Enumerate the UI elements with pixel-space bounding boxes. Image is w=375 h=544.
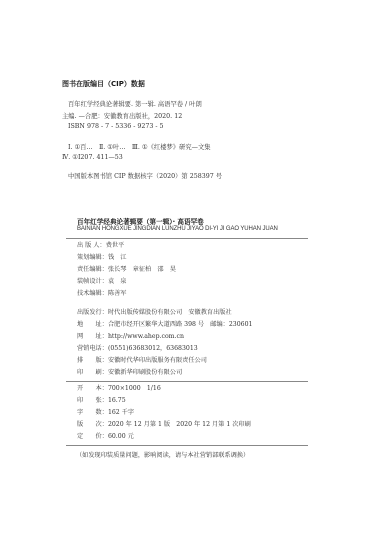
cip-line: 中国版本图书馆 CIP 数据核字（2020）第 258397 号 (68, 171, 222, 180)
info-label: 网 址： (77, 334, 108, 340)
pub-printing: 印 刷：安徽新华印刷股份有限公司 (77, 370, 182, 376)
book-title: 百年红学经典论著辑要（第一辑）· 高语罕卷 (77, 216, 204, 226)
cip-line: ISBN 978 - 7 - 5336 - 9273 - 5 (68, 123, 164, 130)
info-label: 策划编辑： (77, 255, 108, 261)
info-value: 162 千字 (108, 409, 134, 416)
pub-distributor: 出版发行：时代出版传媒股份有限公司 安徽教育出版社 (77, 310, 232, 316)
info-label: 出版发行： (77, 310, 108, 316)
info-value: 安徽新华印刷股份有限公司 (108, 369, 182, 376)
info-value: 安徽时代华印出版服务有限责任公司 (108, 357, 207, 364)
info-label: 印 张： (77, 398, 108, 404)
info-value: 袁 泉 (108, 278, 127, 285)
info-label: 地 址： (77, 322, 108, 328)
info-value: 60.00 元 (108, 433, 134, 440)
credit-binding-design: 装帧设计：袁 泉 (77, 279, 127, 285)
credit-planning-editor: 策划编辑：钱 江 (77, 255, 127, 261)
cip-line: Ⅰ. ①百… Ⅱ. ①叶… Ⅲ. ①《红楼梦》研究—文集 (68, 142, 211, 151)
info-value: 700×1000 1/16 (108, 385, 161, 392)
cip-title: 图书在版编目（CIP）数据 (62, 79, 145, 89)
info-label: 定 价： (77, 434, 108, 440)
spec-sheets: 印 张：16.75 (77, 398, 126, 404)
info-value: 时代出版传媒股份有限公司 安徽教育出版社 (108, 309, 232, 316)
divider (66, 238, 308, 239)
info-value: 钱 江 (108, 254, 127, 261)
info-value: 张长琴 章征柏 邵 昊 (108, 266, 176, 273)
copyright-page: 图书在版编目（CIP）数据 百年红学经典论著辑要. 第一辑. 高语罕卷 / 叶朗… (0, 0, 375, 544)
cip-line: 百年红学经典论著辑要. 第一辑. 高语罕卷 / 叶朗 (68, 99, 202, 108)
divider (66, 445, 308, 446)
info-value: http://www.ahep.com.cn (108, 333, 184, 340)
info-label: 装帧设计： (77, 279, 108, 285)
info-value: 16.75 (108, 397, 126, 404)
info-value: 2020 年 12 月第 1 版 2020 年 12 月第 1 次印刷 (108, 421, 251, 428)
info-label: 责任编辑： (77, 267, 108, 273)
book-title-pinyin: BAINIAN HONGXUE JINGDIAN LUNZHU JIYAO DI… (77, 226, 278, 232)
spec-price: 定 价：60.00 元 (77, 434, 134, 440)
info-label: 排 版： (77, 358, 108, 364)
cip-line: Ⅳ. ①I207. 411—53 (62, 154, 123, 161)
pub-phone: 营销电话：(0551)63683012，63683013 (77, 346, 198, 352)
info-value: 合肥市经开区繁华大道西路 398 号 邮编：230601 (108, 321, 253, 328)
info-label: 出 版 人： (77, 243, 106, 249)
quality-notice: （如发现印装质量问题，影响阅读，请与本社营销部联系调换） (76, 450, 249, 459)
divider (66, 381, 308, 382)
pub-website: 网 址：http://www.ahep.com.cn (77, 334, 184, 340)
pub-typesetting: 排 版：安徽时代华印出版服务有限责任公司 (77, 358, 207, 364)
cip-line: 主编. —合肥：安徽教育出版社，2020. 12 (62, 111, 182, 120)
credit-publisher: 出 版 人：费世平 (77, 243, 124, 249)
info-value: (0551)63683012，63683013 (108, 345, 198, 352)
info-label: 字 数： (77, 410, 108, 416)
spec-edition: 版 次：2020 年 12 月第 1 版 2020 年 12 月第 1 次印刷 (77, 422, 251, 428)
info-label: 技术编辑： (77, 291, 108, 297)
info-label: 印 刷： (77, 370, 108, 376)
credit-responsible-editor: 责任编辑：张长琴 章征柏 邵 昊 (77, 267, 176, 273)
credit-technical-editor: 技术编辑：陈善军 (77, 291, 127, 297)
info-value: 费世平 (106, 242, 125, 249)
spec-format: 开 本：700×1000 1/16 (77, 386, 161, 392)
info-label: 开 本： (77, 386, 108, 392)
pub-address: 地 址：合肥市经开区繁华大道西路 398 号 邮编：230601 (77, 322, 253, 328)
info-label: 版 次： (77, 422, 108, 428)
info-label: 营销电话： (77, 346, 108, 352)
spec-word-count: 字 数：162 千字 (77, 410, 134, 416)
info-value: 陈善军 (108, 290, 127, 297)
